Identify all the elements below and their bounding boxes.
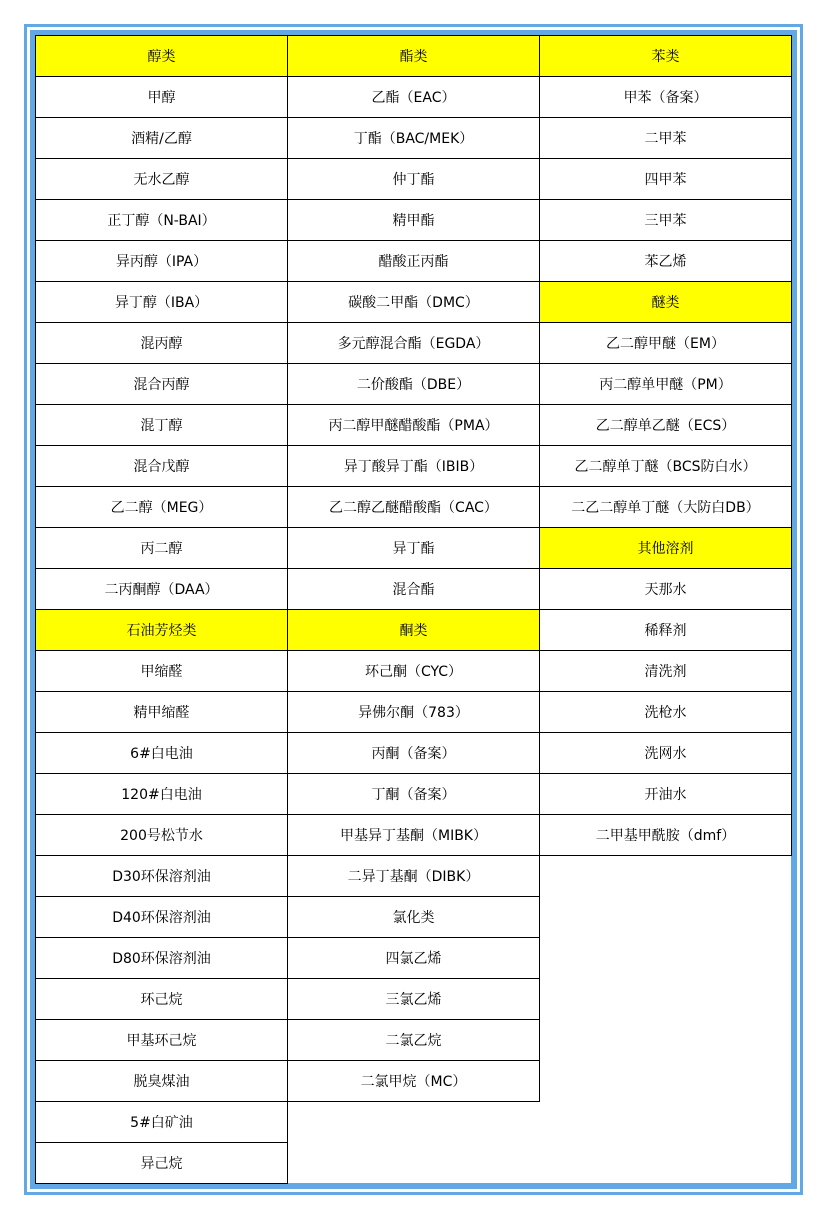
category-header-cell: 其他溶剂 <box>539 527 792 569</box>
table-cell: 正丁醇（N-BAI） <box>35 199 288 241</box>
table-cell: 二乙二醇单丁醚（大防白DB） <box>539 486 792 528</box>
table-cell: 丙二醇单甲醚（PM） <box>539 363 792 405</box>
table-cell: 混丙醇 <box>35 322 288 364</box>
table-cell: 异丁酸异丁酯（IBIB） <box>287 445 540 487</box>
table-cell: 异己烷 <box>35 1142 288 1184</box>
table-cell: 丙酮（备案） <box>287 732 540 774</box>
table-cell: 异丙醇（IPA） <box>35 240 288 282</box>
table-cell: 清洗剂 <box>539 650 792 692</box>
table-cell: 天那水 <box>539 568 792 610</box>
table-cell: 乙酯（EAC） <box>287 76 540 118</box>
table-cell: 甲苯（备案） <box>539 76 792 118</box>
table-cell: 混合酯 <box>287 568 540 610</box>
table-cell: 洗枪水 <box>539 691 792 733</box>
table-cell: 洗网水 <box>539 732 792 774</box>
category-header-cell: 苯类 <box>539 35 792 77</box>
category-header-cell: 酯类 <box>287 35 540 77</box>
table-cell: 二氯乙烷 <box>287 1019 540 1061</box>
table-cell: 精甲酯 <box>287 199 540 241</box>
table-cell: 醋酸正丙酯 <box>287 240 540 282</box>
column-esters-ketones: 酯类乙酯（EAC）丁酯（BAC/MEK）仲丁酯精甲酯醋酸正丙酯碳酸二甲酯（DMC… <box>287 35 540 1102</box>
table-cell: 二甲基甲酰胺（dmf） <box>539 814 792 856</box>
table-cell: 异丁酯 <box>287 527 540 569</box>
table-cell: 环己酮（CYC） <box>287 650 540 692</box>
table-cell: 脱臭煤油 <box>35 1060 288 1102</box>
table-cell: D30环保溶剂油 <box>35 855 288 897</box>
table-cell: 无水乙醇 <box>35 158 288 200</box>
table-cell: 苯乙烯 <box>539 240 792 282</box>
table-cell: 开油水 <box>539 773 792 815</box>
table-cell: 稀释剂 <box>539 609 792 651</box>
table-cell: 碳酸二甲酯（DMC） <box>287 281 540 323</box>
table-cell: 四氯乙烯 <box>287 937 540 979</box>
table-cell: 精甲缩醛 <box>35 691 288 733</box>
table-cell: 甲缩醛 <box>35 650 288 692</box>
column-benzenes-ethers-others: 苯类甲苯（备案）二甲苯四甲苯三甲苯苯乙烯醚类乙二醇甲醚（EM）丙二醇单甲醚（PM… <box>539 35 792 856</box>
table-cell: 甲基环己烷 <box>35 1019 288 1061</box>
table-cell: 乙二醇单丁醚（BCS防白水） <box>539 445 792 487</box>
table-cell: 氯化类 <box>287 896 540 938</box>
table-cell: 酒精/乙醇 <box>35 117 288 159</box>
table-cell: 丙二醇甲醚醋酸酯（PMA） <box>287 404 540 446</box>
table-cell: 三甲苯 <box>539 199 792 241</box>
table-cell: 6#白电油 <box>35 732 288 774</box>
table-cell: 甲基异丁基酮（MIBK） <box>287 814 540 856</box>
table-cell: 丙二醇 <box>35 527 288 569</box>
table-cell: D40环保溶剂油 <box>35 896 288 938</box>
table-cell: 甲醇 <box>35 76 288 118</box>
table-cell: 200号松节水 <box>35 814 288 856</box>
table-cell: 乙二醇（MEG） <box>35 486 288 528</box>
table-cell: 乙二醇甲醚（EM） <box>539 322 792 364</box>
table-cell: 5#白矿油 <box>35 1101 288 1143</box>
table-cell: 仲丁酯 <box>287 158 540 200</box>
table-cell: 四甲苯 <box>539 158 792 200</box>
table-cell: 乙二醇乙醚醋酸酯（CAC） <box>287 486 540 528</box>
category-header-cell: 酮类 <box>287 609 540 651</box>
category-header-cell: 石油芳烃类 <box>35 609 288 651</box>
table-cell: 120#白电油 <box>35 773 288 815</box>
category-header-cell: 醇类 <box>35 35 288 77</box>
table-cell: 二氯甲烷（MC） <box>287 1060 540 1102</box>
table-cell: 丁酯（BAC/MEK） <box>287 117 540 159</box>
table-cell: 混合丙醇 <box>35 363 288 405</box>
table-cell: 二异丁基酮（DIBK） <box>287 855 540 897</box>
table-cell: 多元醇混合酯（EGDA） <box>287 322 540 364</box>
table-cell: 异佛尔酮（783） <box>287 691 540 733</box>
table-cell: D80环保溶剂油 <box>35 937 288 979</box>
table-cell: 乙二醇单乙醚（ECS） <box>539 404 792 446</box>
table-cell: 二甲苯 <box>539 117 792 159</box>
table-cell: 二丙酮醇（DAA） <box>35 568 288 610</box>
table-cell: 二价酸酯（DBE） <box>287 363 540 405</box>
table-cell: 异丁醇（IBA） <box>35 281 288 323</box>
table-cell: 丁酮（备案） <box>287 773 540 815</box>
table-cell: 三氯乙烯 <box>287 978 540 1020</box>
category-header-cell: 醚类 <box>539 281 792 323</box>
table-cell: 环己烷 <box>35 978 288 1020</box>
table-cell: 混丁醇 <box>35 404 288 446</box>
table-cell: 混合戊醇 <box>35 445 288 487</box>
column-alcohols-petroleum: 醇类甲醇酒精/乙醇无水乙醇正丁醇（N-BAI）异丙醇（IPA）异丁醇（IBA）混… <box>35 35 288 1184</box>
